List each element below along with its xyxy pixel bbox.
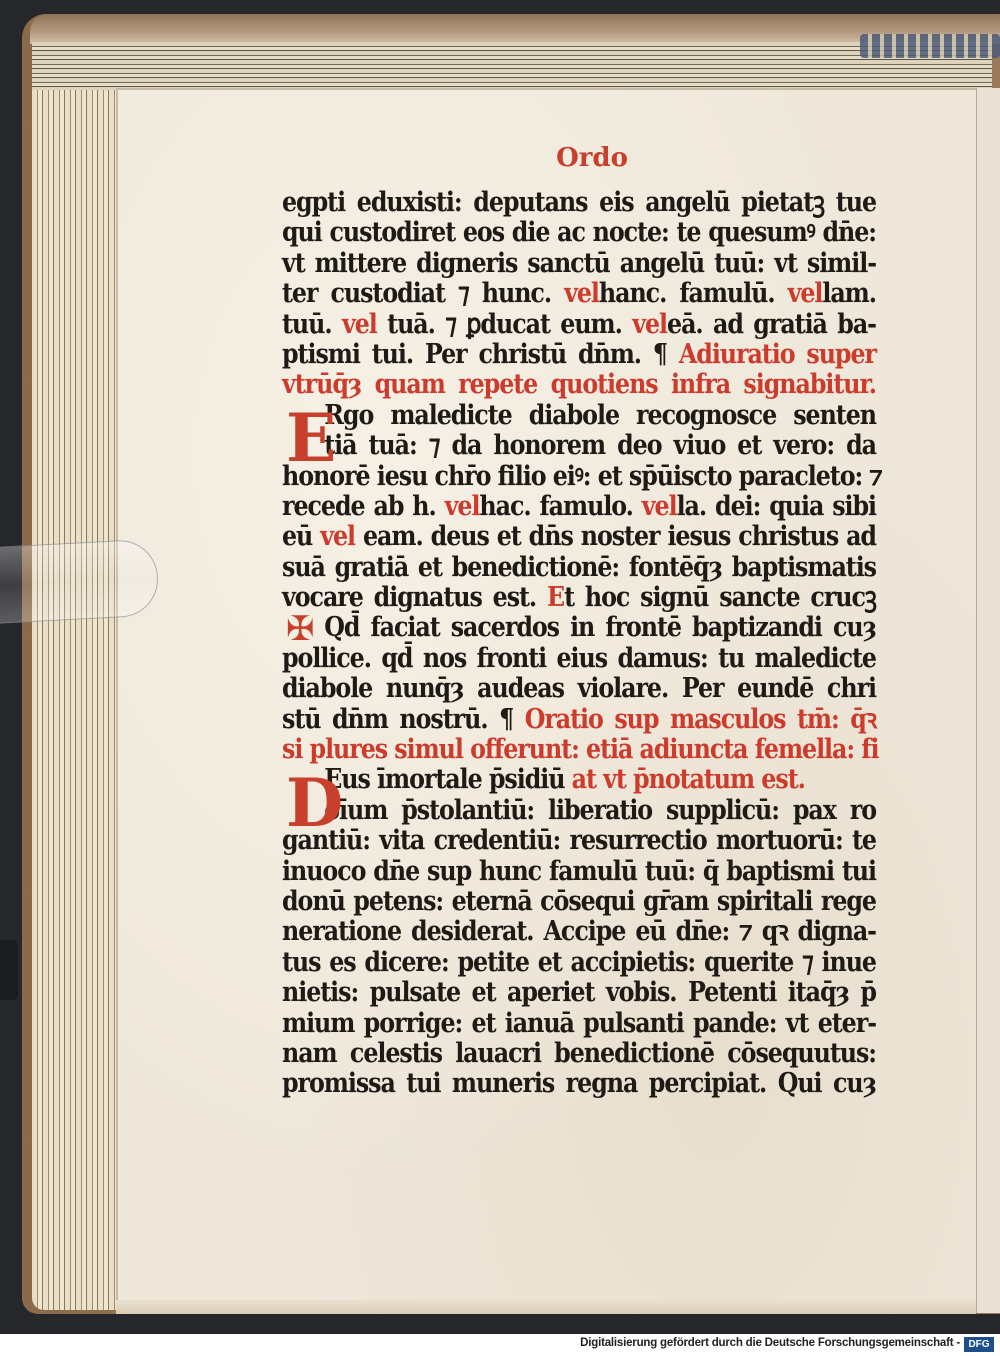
body-text: suā gratiā et benedictionē: fontēq̄ȝ bap…	[282, 552, 876, 583]
text-line: si plures simul offerunt: etiā adiuncta …	[282, 735, 876, 765]
page-bottom-edge	[116, 1300, 976, 1314]
text-line: honorē iesu chr̄o filio eiꝰ: et sp̄ūisct…	[282, 462, 876, 492]
text-line: gantiū: vita credentiū: resurrectio mort…	[282, 826, 876, 856]
body-text: tuā. ⁊ ꝑducat eum.	[377, 309, 632, 340]
body-text: qui custodiret eos die ac nocte: te ques…	[282, 217, 876, 248]
rubric-text: vtrūq̄ȝ quam repete quotiens infra signa…	[282, 369, 876, 400]
facing-page-gutter	[976, 88, 1000, 1313]
text-line: stū dn̄m nostrū. ¶ Oratio sup masculos t…	[282, 705, 876, 735]
book-clip	[0, 940, 18, 1000]
text-line: vt mittere digneris sanctū angelū tuū: v…	[282, 249, 876, 279]
body-text: ter custodiat ⁊ hunc.	[282, 278, 564, 309]
dfg-logo-icon: DFG	[964, 1337, 994, 1352]
text-line: qui custodiret eos die ac nocte: te ques…	[282, 218, 876, 248]
text-line: ter custodiat ⁊ hunc. velhanc. famulū. v…	[282, 279, 876, 309]
glass-page-weight	[0, 538, 160, 624]
body-text: stū dn̄m nostrū. ¶	[282, 704, 525, 735]
rubric-text: vel	[445, 491, 480, 522]
text-line: diabole nunq̄ȝ audeas violare. Per eundē…	[282, 674, 876, 704]
text-line: nietis: pulsate et aperiet vobis. Petent…	[282, 978, 876, 1008]
body-text: vocare dignatus est.	[282, 582, 547, 613]
text-line: mium porrige: et ianuā pulsanti pande: v…	[282, 1009, 876, 1039]
initial-d-icon: D	[286, 770, 343, 836]
body-text: Qd̄ faciat sacerdos in frontē baptizandi…	[324, 612, 876, 643]
body-text: hac. famulo.	[479, 491, 641, 522]
body-text: Rgo maledicte diabole recognosce senten	[324, 400, 876, 431]
body-text: eā. ad gratiā ba-	[667, 309, 876, 340]
text-block: Ordo egpti eduxisti: deputans eis angelū…	[282, 140, 882, 1100]
rubric-text: at vt p̄notatum est.	[572, 764, 805, 795]
rubric-text: vel	[320, 521, 355, 552]
body-text: vt mittere digneris sanctū angelū tuū: v…	[282, 248, 876, 279]
text-line: donū petens: eternā cōsequi gr̄am spirit…	[282, 887, 876, 917]
rubric-text: Adiuratio super	[679, 339, 876, 370]
book-scan: Ordo egpti eduxisti: deputans eis angelū…	[0, 0, 1000, 1334]
body-text: hanc. famulū.	[599, 278, 788, 309]
text-line: Qd̄ faciat sacerdos in frontē baptizandi…	[282, 613, 876, 643]
rubric-text: si plures simul offerunt: etiā adiuncta …	[282, 734, 878, 765]
body-text: recede ab h.	[282, 491, 445, 522]
text-line: inuoco dn̄e sup hunc famulū tuū: q̄ bapt…	[282, 857, 876, 887]
body-text: oīum p̄stolantiū: liberatio supplicū: pa…	[324, 795, 876, 826]
rubric-text: vel	[632, 309, 667, 340]
body-text: eū	[282, 521, 320, 552]
body-text: tuū.	[282, 309, 342, 340]
rubric-text: Oratio sup masculos tm̄: q̄ꝛ	[525, 704, 876, 735]
body-text: la. dei: quia sibi	[677, 491, 876, 522]
body-text: nietis: pulsate et aperiet vobis. Petent…	[282, 977, 876, 1008]
body-text: gantiū: vita credentiū: resurrectio mort…	[282, 825, 876, 856]
page-stack-fore-edge	[32, 50, 122, 1310]
body-text: promissa tui muneris regna percipiat. Qu…	[282, 1068, 876, 1099]
rubric-text: vel	[342, 309, 377, 340]
text-line: vtrūq̄ȝ quam repete quotiens infra signa…	[282, 370, 876, 400]
text-line: tus es dicere: petite et accipietis: que…	[282, 948, 876, 978]
text-line: promissa tui muneris regna percipiat. Qu…	[282, 1069, 876, 1099]
rubric-text: vel	[642, 491, 677, 522]
body-text: tus es dicere: petite et accipietis: que…	[282, 947, 876, 978]
body-text: honorē iesu chr̄o filio eiꝰ: et sp̄ūisct…	[282, 461, 882, 492]
text-line: suā gratiā et benedictionē: fontēq̄ȝ bap…	[282, 553, 876, 583]
body-text: Eus īmortale p̄sidiū	[324, 764, 571, 795]
rubric-text: vel	[788, 278, 823, 309]
text-line: Eus īmortale p̄sidiū at vt p̄notatum est…	[282, 765, 876, 795]
body-text: lam.	[822, 278, 876, 309]
text-line: oīum p̄stolantiū: liberatio supplicū: pa…	[282, 796, 876, 826]
body-text: pollice. qd̄ nos fronti eius damus: tu m…	[282, 643, 876, 674]
body-text: diabole nunq̄ȝ audeas violare. Per eundē…	[282, 673, 876, 704]
dfg-credit-text: Digitalisierung gefördert durch die Deut…	[580, 1337, 960, 1349]
body-text: inuoco dn̄e sup hunc famulū tuū: q̄ bapt…	[282, 856, 876, 887]
text-line: Rgo maledicte diabole recognosce senten	[282, 401, 876, 431]
body-text: eam. deus et dn̄s noster iesus christus …	[355, 521, 876, 552]
rubric-text: vel	[564, 278, 599, 309]
text-line: eū vel eam. deus et dn̄s noster iesus ch…	[282, 522, 876, 552]
body-text: nam celestis lauacri benedictionē cōsequ…	[282, 1038, 876, 1069]
text-line: vocare dignatus est. Et hoc signū sancte…	[282, 583, 876, 613]
cross-icon: ✠	[286, 612, 315, 646]
text-line: recede ab h. velhac. famulo. vella. dei:…	[282, 492, 876, 522]
footer-bar: Digitalisierung gefördert durch die Deut…	[0, 1334, 1000, 1356]
page-stack-top-edge	[32, 42, 992, 90]
text-line: ptismi tui. Per christū dn̄m. ¶ Adiurati…	[282, 340, 876, 370]
body-text: egpti eduxisti: deputans eis angelū piet…	[282, 187, 876, 218]
body-text: donū petens: eternā cōsequi gr̄am spirit…	[282, 886, 876, 917]
text-line: tuū. vel tuā. ⁊ ꝑducat eum. veleā. ad gr…	[282, 310, 876, 340]
text-line: pollice. qd̄ nos fronti eius damus: tu m…	[282, 644, 876, 674]
body-text: neratione desiderat. Accipe eū dn̄e: ⁊ q…	[282, 916, 876, 947]
running-head: Ordo	[302, 140, 882, 188]
initial-e-icon: E	[286, 405, 336, 471]
cover-top-edge	[30, 14, 1000, 44]
body-text: mium porrige: et ianuā pulsanti pande: v…	[282, 1008, 876, 1039]
rubric-text: E	[547, 582, 564, 613]
text-line: neratione desiderat. Accipe eū dn̄e: ⁊ q…	[282, 917, 876, 947]
text-line: egpti eduxisti: deputans eis angelū piet…	[282, 188, 876, 218]
text-lines: egpti eduxisti: deputans eis angelū piet…	[282, 188, 882, 1100]
body-text: t hoc signū sancte crucꝫ	[564, 582, 876, 613]
text-line: nam celestis lauacri benedictionē cōsequ…	[282, 1039, 876, 1069]
body-text: tiā tuā: ⁊ da honorem deo viuo et vero: …	[324, 430, 876, 461]
text-line: tiā tuā: ⁊ da honorem deo viuo et vero: …	[282, 431, 876, 461]
headband	[860, 34, 1000, 58]
body-text: ptismi tui. Per christū dn̄m. ¶	[282, 339, 679, 370]
